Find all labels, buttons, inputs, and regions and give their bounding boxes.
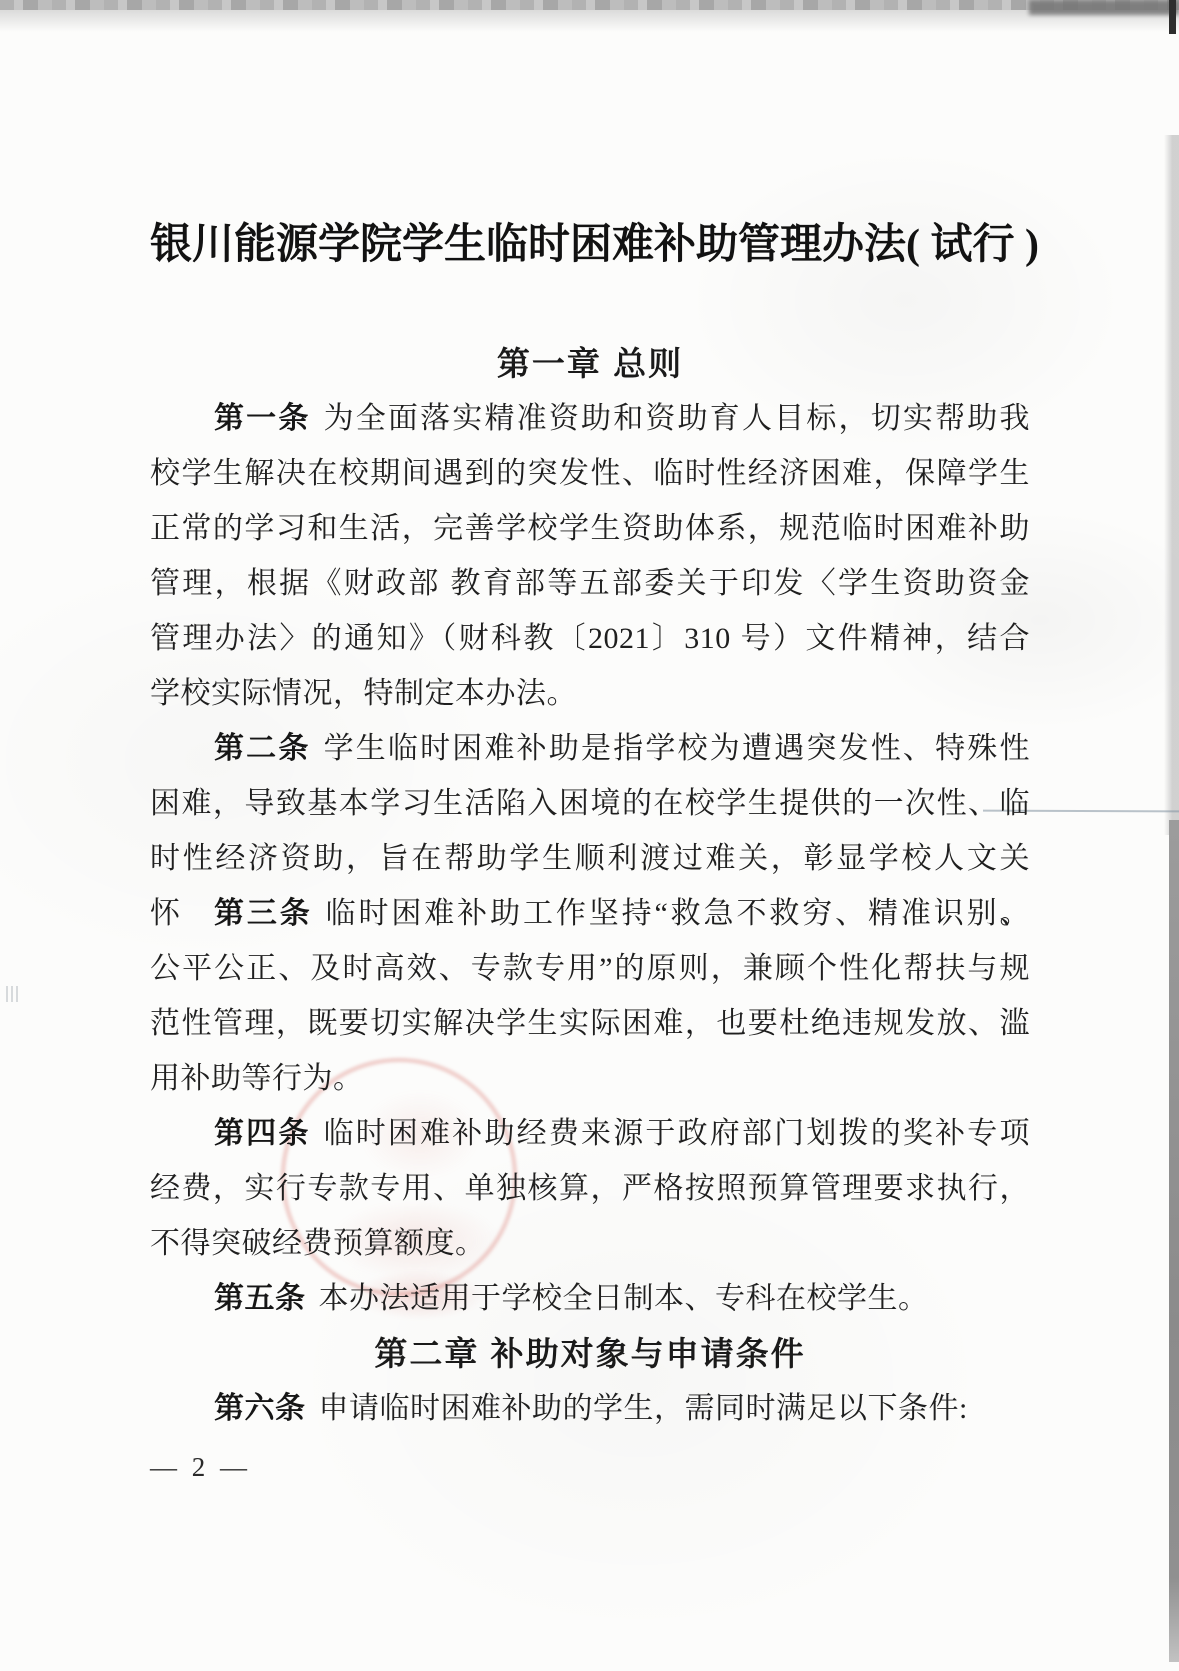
scan-top-edge-fade <box>0 10 1179 32</box>
doc-line: 第四条临时困难补助经费来源于政府部门划拨的奖补专项 <box>150 1106 1030 1161</box>
doc-line: 正常的学习和生活，完善学校学生资助体系，规范临时困难补助 <box>150 501 1030 556</box>
document-title: 银川能源学院学生临时困难补助管理办法( 试行 ) <box>150 216 1030 274</box>
scan-top-edge-band <box>0 0 1179 10</box>
article-label: 第二条 <box>214 732 311 765</box>
doc-line: 公平公正、及时高效、专款专用”的原则，兼顾个性化帮扶与规 <box>150 941 1030 996</box>
doc-line: 管理，根据《财政部 教育部等五部委关于印发〈学生资助资金 <box>150 556 1030 611</box>
page-number: — 2 — <box>150 1452 251 1483</box>
doc-line: 第六条申请临时困难补助的学生，需同时满足以下条件: <box>150 1381 1030 1436</box>
doc-line: 学校实际情况，特制定本办法。 <box>150 666 1030 721</box>
chapter-heading: 第二章 补助对象与申请条件 <box>150 1326 1030 1381</box>
doc-line: 困难，导致基本学习生活陷入困境的在校学生提供的一次性、临 <box>150 776 1030 831</box>
doc-line: 经费，实行专款专用、单独核算，严格按照预算管理要求执行， <box>150 1161 1030 1216</box>
scan-right-edge-shadow-lower <box>1169 820 1179 1662</box>
doc-line: 范性管理，既要切实解决学生实际困难，也要杜绝违规发放、滥 <box>150 996 1030 1051</box>
article-label: 第五条 <box>214 1282 306 1315</box>
article-label: 第三条 <box>214 897 313 930</box>
scan-left-edge-marks <box>6 986 18 1002</box>
chapter-heading: 第一章 总则 <box>150 336 1030 391</box>
doc-line: 第一条为全面落实精准资助和资助育人目标，切实帮助我 <box>150 391 1030 446</box>
doc-line: 管理办法〉的通知》（财科教〔2021〕310 号）文件精神，结合 <box>150 611 1030 666</box>
doc-line: 第二条学生临时困难补助是指学校为遭遇突发性、特殊性 <box>150 721 1030 776</box>
doc-line: 第三条临时困难补助工作坚持“救急不救穷、精准识别、 <box>150 886 1030 941</box>
doc-line: 不得突破经费预算额度。 <box>150 1216 1030 1271</box>
scanned-document-page: { "page": { "title": "银川能源学院学生临时困难补助管理办法… <box>0 0 1179 1671</box>
article-label: 第六条 <box>214 1392 306 1425</box>
scan-right-edge-tick <box>1169 0 1176 34</box>
document-body: 第一章 总则第一条为全面落实精准资助和资助育人目标，切实帮助我校学生解决在校期间… <box>150 336 1030 1436</box>
doc-line: 第五条本办法适用于学校全日制本、专科在校学生。 <box>150 1271 1030 1326</box>
article-label: 第四条 <box>214 1117 311 1150</box>
scan-right-edge-shadow-upper <box>1164 135 1179 835</box>
doc-line: 校学生解决在校期间遇到的突发性、临时性经济困难，保障学生 <box>150 446 1030 501</box>
doc-line: 时性经济资助，旨在帮助学生顺利渡过难关，彰显学校人文关怀。 <box>150 831 1030 886</box>
article-label: 第一条 <box>214 402 311 435</box>
scan-top-right-smudge <box>1029 0 1179 15</box>
doc-line: 用补助等行为。 <box>150 1051 1030 1106</box>
